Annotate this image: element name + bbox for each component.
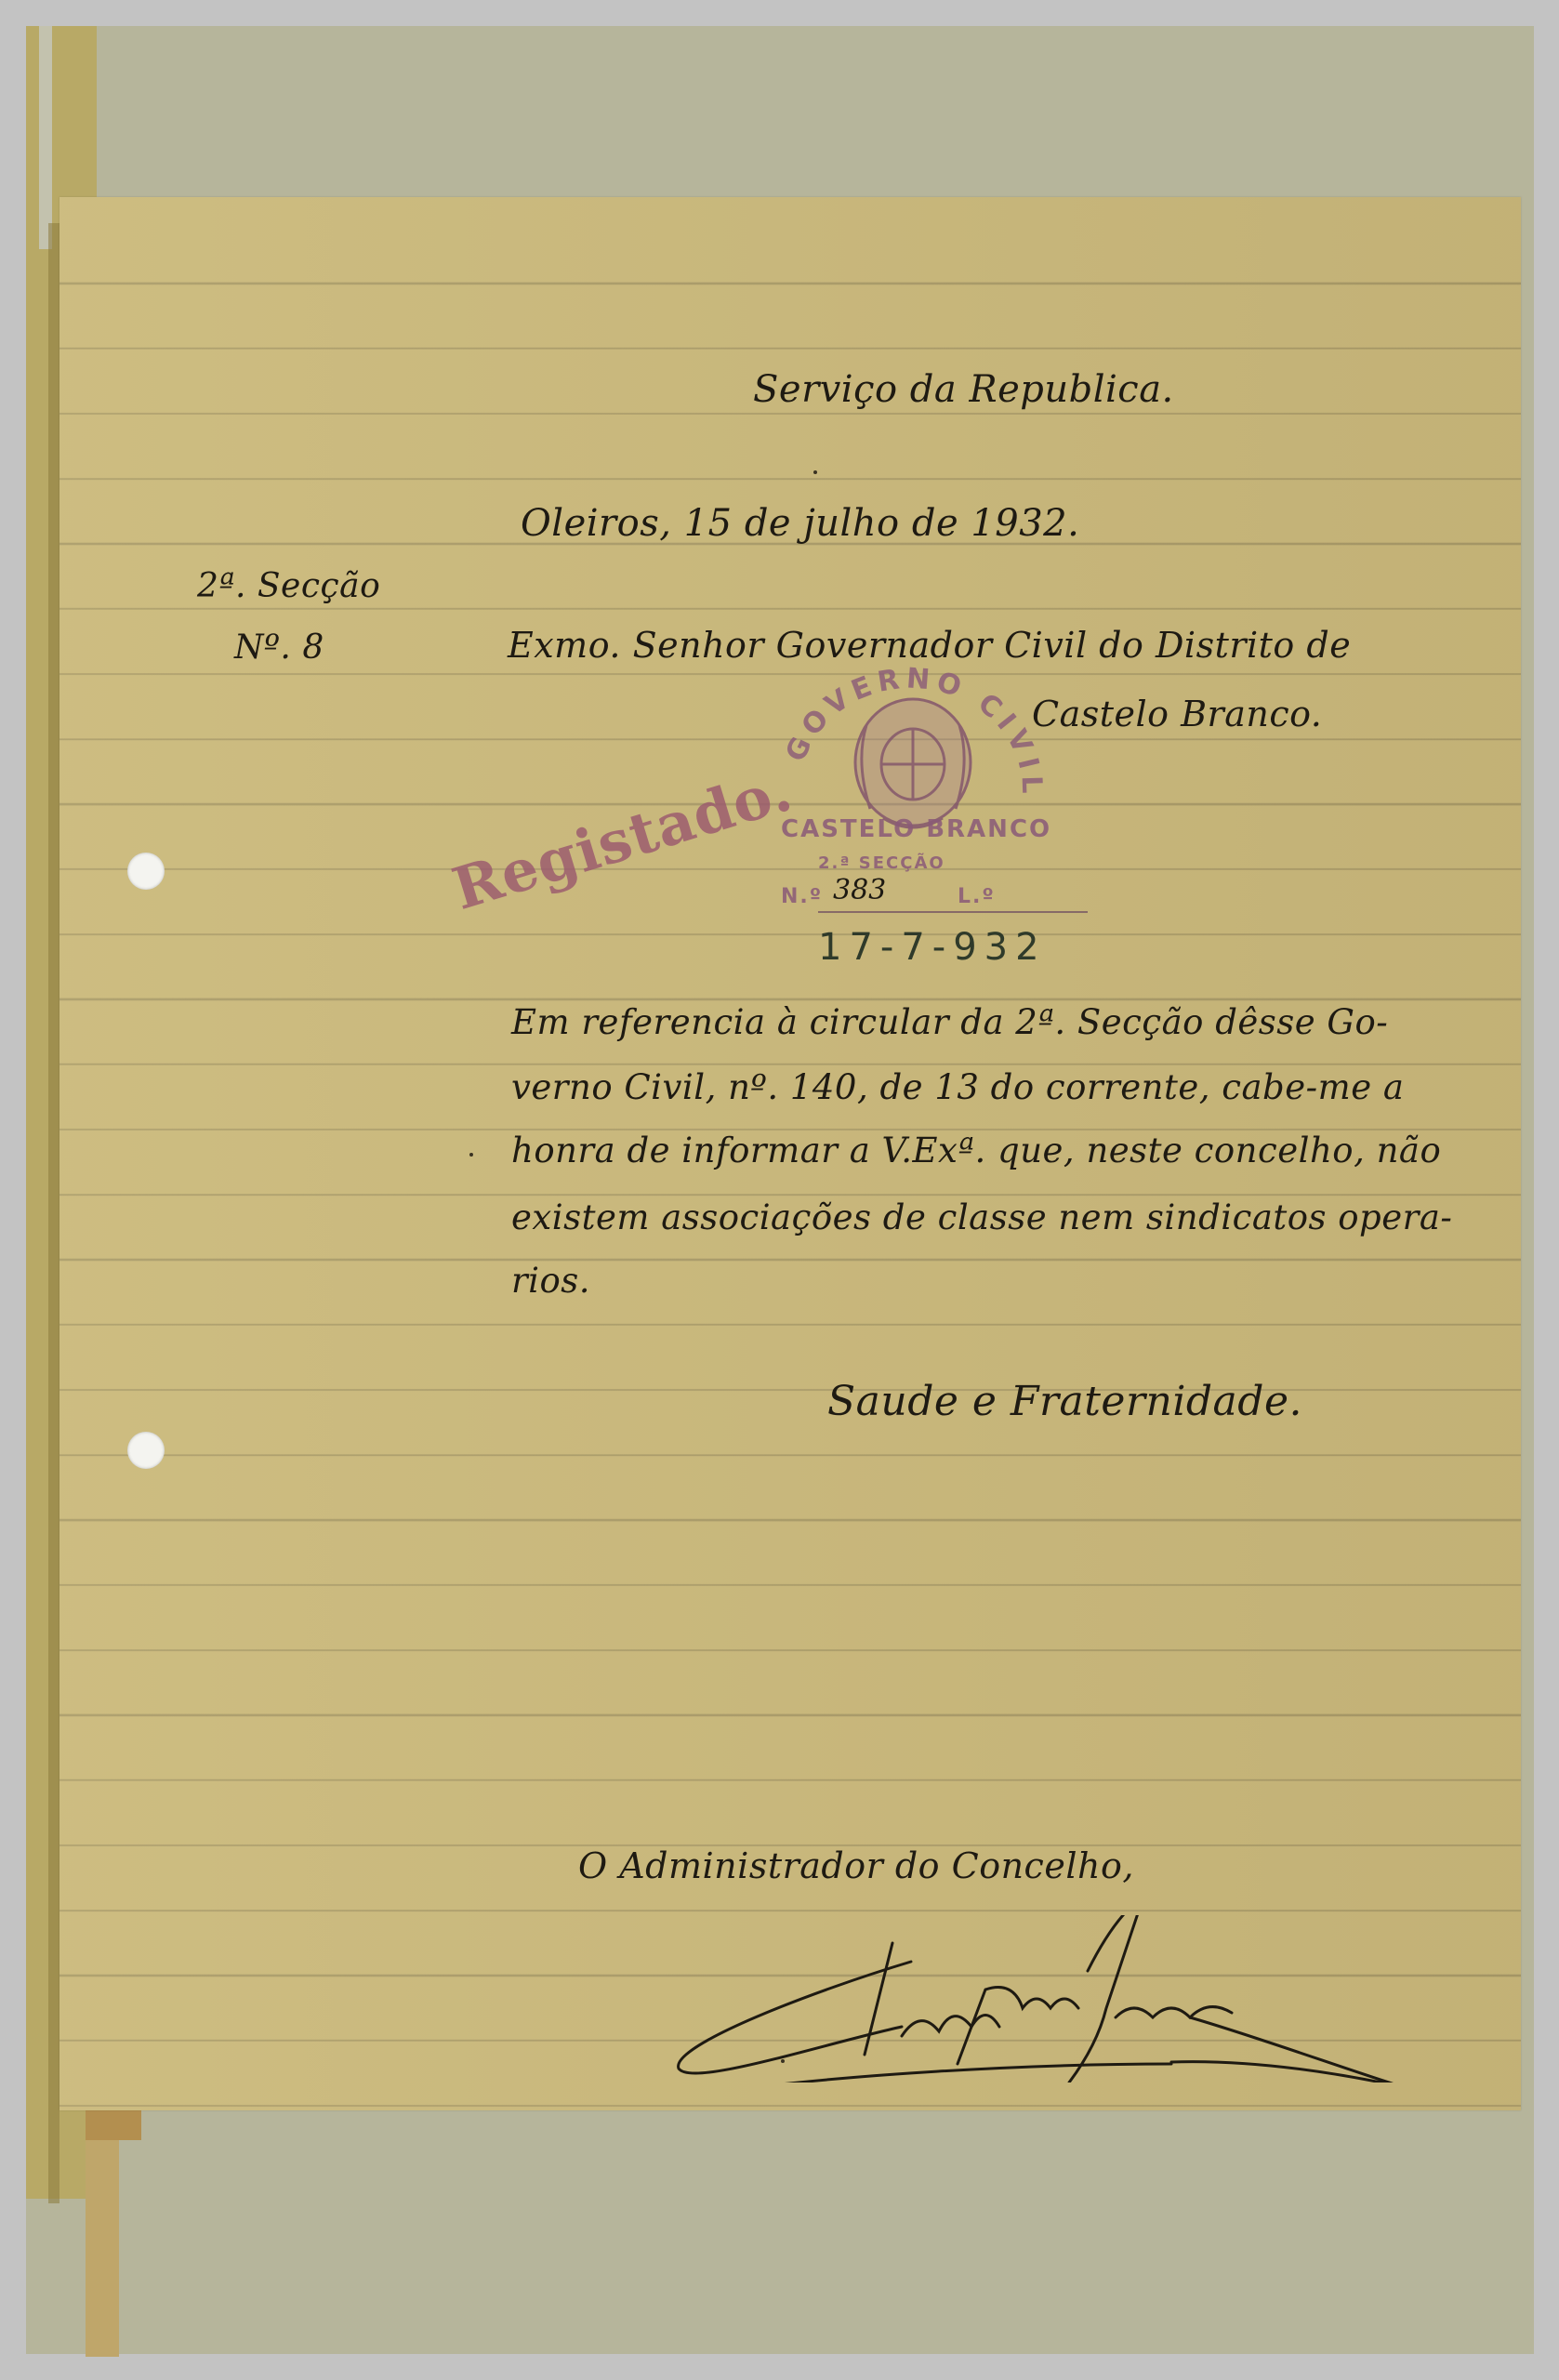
letter-heading: Serviço da Republica.	[753, 368, 1174, 411]
document-number: Nº. 8	[234, 628, 324, 667]
seal-number-underline	[818, 911, 1088, 913]
seal-city-text: CASTELO BRANCO	[781, 815, 1051, 843]
punch-hole-icon	[127, 853, 165, 890]
punch-hole-icon	[127, 1432, 165, 1469]
ink-speck	[781, 2059, 785, 2063]
seal-book-prefix: L.º	[958, 885, 996, 908]
signatory-title: O Administrador do Concelho,	[578, 1845, 1134, 1886]
seal-section-text: 2.ª SECÇÃO	[818, 853, 945, 873]
body-line: rios.	[511, 1261, 590, 1301]
place-date: Oleiros, 15 de julho de 1932.	[521, 502, 1079, 545]
body-line: honra de informar a V.Exª. que, neste co…	[511, 1130, 1441, 1170]
body-line: Em referencia à circular da 2ª. Secção d…	[511, 1002, 1388, 1042]
body-line: verno Civil, nº. 140, de 13 do corrente,…	[511, 1067, 1404, 1107]
registered-date: 17-7-932	[818, 926, 1047, 969]
addressee-line-2: Castelo Branco.	[1032, 694, 1322, 734]
ink-speck	[469, 1153, 473, 1157]
binder-strip-highlight	[39, 26, 52, 249]
seal-number-value: 383	[833, 874, 886, 906]
binder-strip-bottom	[86, 2106, 119, 2357]
binder-strip-shadow	[48, 223, 59, 2203]
closing-salutation: Saude e Fraternidade.	[827, 1378, 1302, 1425]
ink-speck	[813, 470, 817, 474]
body-line: existem associações de classe nem sindic…	[511, 1197, 1452, 1237]
seal-number-prefix: N.º	[781, 885, 823, 908]
binder-tab	[86, 2110, 141, 2140]
handwritten-signature-icon	[651, 1915, 1432, 2082]
section-label: 2ª. Secção	[197, 567, 380, 605]
